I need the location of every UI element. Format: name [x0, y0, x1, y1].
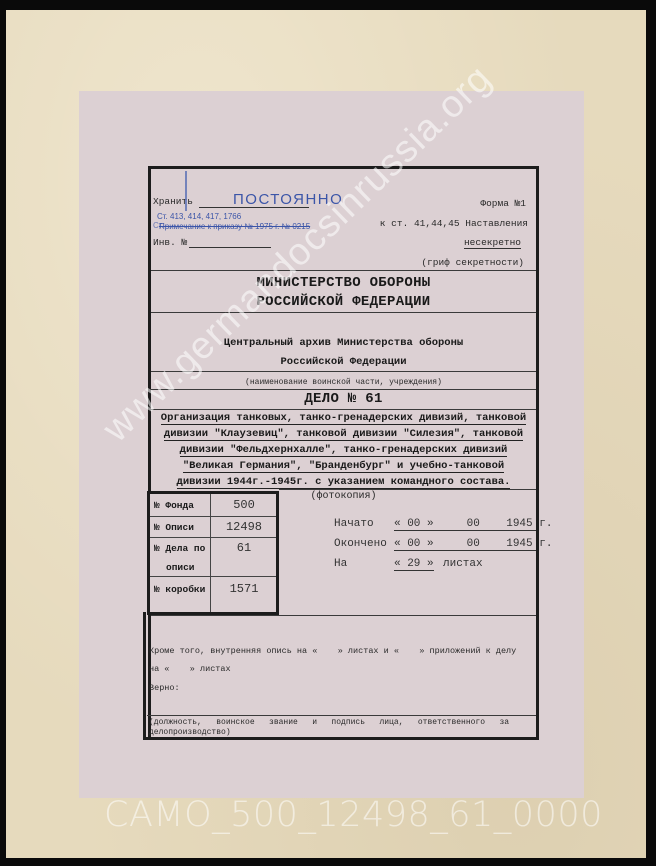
stamp-mark: [185, 171, 187, 211]
delo-label-2: описи: [166, 562, 195, 573]
archive-line1: Центральный архив Министерства обороны: [151, 337, 536, 349]
table-row: № Фонда 500: [150, 494, 276, 517]
case-title: ДЕЛО № 61: [151, 391, 536, 407]
classification: несекретно: [464, 237, 521, 249]
started-year: 1945 г.: [506, 518, 552, 530]
stamp-articles: Ст. 413, 414, 417, 1766: [157, 212, 241, 221]
box-value: 1571: [212, 582, 276, 596]
signature-caption: (должность, воинское звание и подпись ли…: [149, 718, 534, 738]
inv-label: Инв. №: [153, 237, 187, 248]
archive-line2: Российской Федерации: [151, 356, 536, 368]
subject-line: дивизии "Фельдхернхалле", танко-гренадер…: [180, 444, 508, 457]
case-subject: Организация танковых, танко-гренадерских…: [151, 410, 536, 490]
table-row: № Описи 12498: [150, 516, 276, 538]
sheets-suffix: листах: [443, 558, 483, 570]
ended-date: « 00 » 00 1945 г.: [394, 538, 536, 551]
started-month: 00: [467, 518, 480, 530]
keep-stamp: ПОСТОЯННО: [233, 191, 343, 208]
form-border: [143, 737, 151, 740]
inventory-line: Кроме того, внутренняя опись на « » лист…: [149, 646, 516, 656]
ended-month: 00: [467, 538, 480, 550]
case-cover-form: Хранить ПОСТОЯННО Ст. 413, 414, 417, 176…: [148, 166, 539, 740]
divider: [151, 270, 536, 271]
registry-table: № Фонда 500 № Описи 12498 № Дела по опис…: [147, 491, 279, 615]
divider: [151, 312, 536, 313]
opis-label: № Описи: [154, 522, 194, 533]
ministry-line1: МИНИСТЕРСТВО ОБОРОНЫ: [151, 275, 536, 291]
inventory-line-2: на « » листах: [149, 664, 231, 674]
delo-value: 61: [212, 541, 276, 555]
form-reference: к ст. 41,44,45 Наставления: [380, 218, 528, 229]
opis-value: 12498: [212, 520, 276, 534]
inv-line: [189, 247, 271, 248]
divider: [151, 615, 536, 616]
ended-year: 1945 г.: [506, 538, 552, 550]
delo-label: № Дела по: [154, 543, 205, 554]
stamp-order: Примечание к приказу № 1975 г. № 0215: [159, 222, 310, 231]
certified-label: Верно:: [149, 683, 180, 693]
classification-caption: (гриф секретности): [421, 257, 524, 268]
divider: [147, 715, 536, 716]
sheets-count: « 29 »: [394, 558, 434, 571]
ended-day: « 00 »: [394, 538, 434, 550]
file-caption: CAMO_500_12498_61_0000: [104, 795, 603, 835]
subject-line: дивизии 1944г.-1945г. с указанием команд…: [177, 476, 511, 489]
form-label: Форма №1: [480, 198, 526, 209]
started-label: Начато: [334, 518, 374, 530]
divider: [151, 389, 536, 390]
archive-caption: (наименование воинской части, учреждения…: [151, 378, 536, 387]
fond-label: № Фонда: [154, 500, 194, 511]
box-label: № коробки: [154, 584, 205, 595]
divider: [279, 489, 536, 490]
started-day: « 00 »: [394, 518, 434, 530]
started-date: « 00 » 00 1945 г.: [394, 518, 536, 531]
sheets-label: На: [334, 558, 347, 570]
ministry-line2: РОССИЙСКОЙ ФЕДЕРАЦИИ: [151, 294, 536, 310]
table-row: № Дела по описи 61: [150, 537, 276, 577]
form-border: [143, 612, 146, 740]
ended-label: Окончено: [334, 538, 387, 550]
subject-line: "Великая Германия", "Бранденбург" и учеб…: [183, 460, 504, 473]
subject-line: дивизии "Клаузевиц", танковой дивизии "С…: [164, 428, 523, 441]
divider: [151, 371, 536, 372]
table-row: № коробки 1571: [150, 576, 276, 612]
subject-line: Организация танковых, танко-гренадерских…: [161, 412, 526, 425]
fond-value: 500: [212, 498, 276, 512]
